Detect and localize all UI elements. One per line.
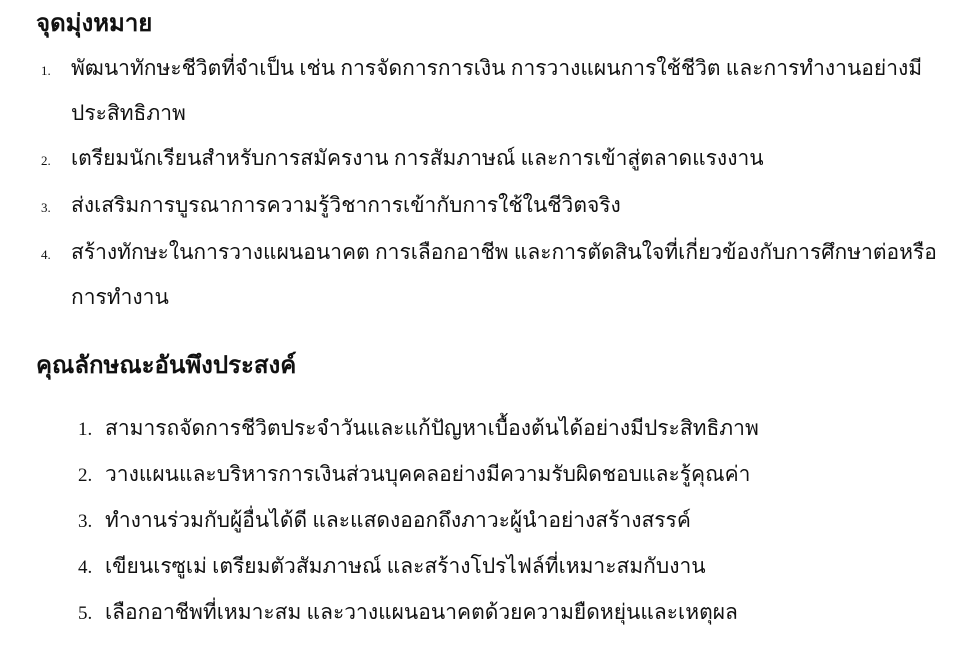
list-item: 4. สร้างทักษะในการวางแผนอนาคต การเลือกอา… xyxy=(36,230,930,320)
text-line: ประสิทธิภาพ xyxy=(71,91,930,136)
list-item: 2. เตรียมนักเรียนสำหรับการสมัครงาน การสั… xyxy=(36,136,930,183)
list-item: 4. เขียนเรซูเม่ เตรียมตัวสัมภาษณ์ และสร้… xyxy=(36,544,930,590)
item-number: 4. xyxy=(78,545,105,590)
list-item: 1. สามารถจัดการชีวิตประจำวันและแก้ปัญหาเ… xyxy=(36,406,930,452)
text-line: เขียนเรซูเม่ เตรียมตัวสัมภาษณ์ และสร้างโ… xyxy=(105,544,930,589)
item-text: ส่งเสริมการบูรณาการความรู้วิชาการเข้ากับ… xyxy=(71,183,930,228)
item-text: ทำงานร่วมกับผู้อื่นได้ดี และแสดงออกถึงภา… xyxy=(105,498,930,543)
item-number: 1. xyxy=(41,48,71,93)
list-item: 2. วางแผนและบริหารการเงินส่วนบุคคลอย่างม… xyxy=(36,452,930,498)
text-line: วางแผนและบริหารการเงินส่วนบุคคลอย่างมีคว… xyxy=(105,452,930,497)
text-line: ทำงานร่วมกับผู้อื่นได้ดี และแสดงออกถึงภา… xyxy=(105,498,930,543)
item-number: 2. xyxy=(78,453,105,498)
list-item: 3. ทำงานร่วมกับผู้อื่นได้ดี และแสดงออกถึ… xyxy=(36,498,930,544)
item-number: 5. xyxy=(78,591,105,636)
text-line: ส่งเสริมการบูรณาการความรู้วิชาการเข้ากับ… xyxy=(71,183,930,228)
text-line: สามารถจัดการชีวิตประจำวันและแก้ปัญหาเบื้… xyxy=(105,406,930,451)
item-text: เตรียมนักเรียนสำหรับการสมัครงาน การสัมภา… xyxy=(71,136,930,181)
item-text: พัฒนาทักษะชีวิตที่จำเป็น เช่น การจัดการก… xyxy=(71,46,930,136)
text-line: เตรียมนักเรียนสำหรับการสมัครงาน การสัมภา… xyxy=(71,136,930,181)
list-item: 1. พัฒนาทักษะชีวิตที่จำเป็น เช่น การจัดก… xyxy=(36,46,930,136)
list-item: 3. ส่งเสริมการบูรณาการความรู้วิชาการเข้า… xyxy=(36,183,930,230)
text-line: พัฒนาทักษะชีวิตที่จำเป็น เช่น การจัดการก… xyxy=(71,46,930,91)
traits-heading: คุณลักษณะอันพึงประสงค์ xyxy=(36,348,930,384)
text-line: สร้างทักษะในการวางแผนอนาคต การเลือกอาชีพ… xyxy=(71,230,937,275)
goals-heading: จุดมุ่งหมาย xyxy=(36,6,930,42)
item-number: 2. xyxy=(41,138,71,183)
goals-list: 1. พัฒนาทักษะชีวิตที่จำเป็น เช่น การจัดก… xyxy=(36,46,930,320)
item-number: 1. xyxy=(78,407,105,452)
item-number: 3. xyxy=(78,499,105,544)
text-line: เลือกอาชีพที่เหมาะสม และวางแผนอนาคตด้วยค… xyxy=(105,590,930,635)
item-number: 3. xyxy=(41,185,71,230)
document-page: จุดมุ่งหมาย 1. พัฒนาทักษะชีวิตที่จำเป็น … xyxy=(0,0,960,636)
text-line: การทำงาน xyxy=(71,275,937,320)
traits-list: 1. สามารถจัดการชีวิตประจำวันและแก้ปัญหาเ… xyxy=(36,406,930,636)
item-text: เขียนเรซูเม่ เตรียมตัวสัมภาษณ์ และสร้างโ… xyxy=(105,544,930,589)
item-text: เลือกอาชีพที่เหมาะสม และวางแผนอนาคตด้วยค… xyxy=(105,590,930,635)
item-text: วางแผนและบริหารการเงินส่วนบุคคลอย่างมีคว… xyxy=(105,452,930,497)
item-text: สามารถจัดการชีวิตประจำวันและแก้ปัญหาเบื้… xyxy=(105,406,930,451)
item-number: 4. xyxy=(41,232,71,277)
item-text: สร้างทักษะในการวางแผนอนาคต การเลือกอาชีพ… xyxy=(71,230,937,320)
list-item: 5. เลือกอาชีพที่เหมาะสม และวางแผนอนาคตด้… xyxy=(36,590,930,636)
